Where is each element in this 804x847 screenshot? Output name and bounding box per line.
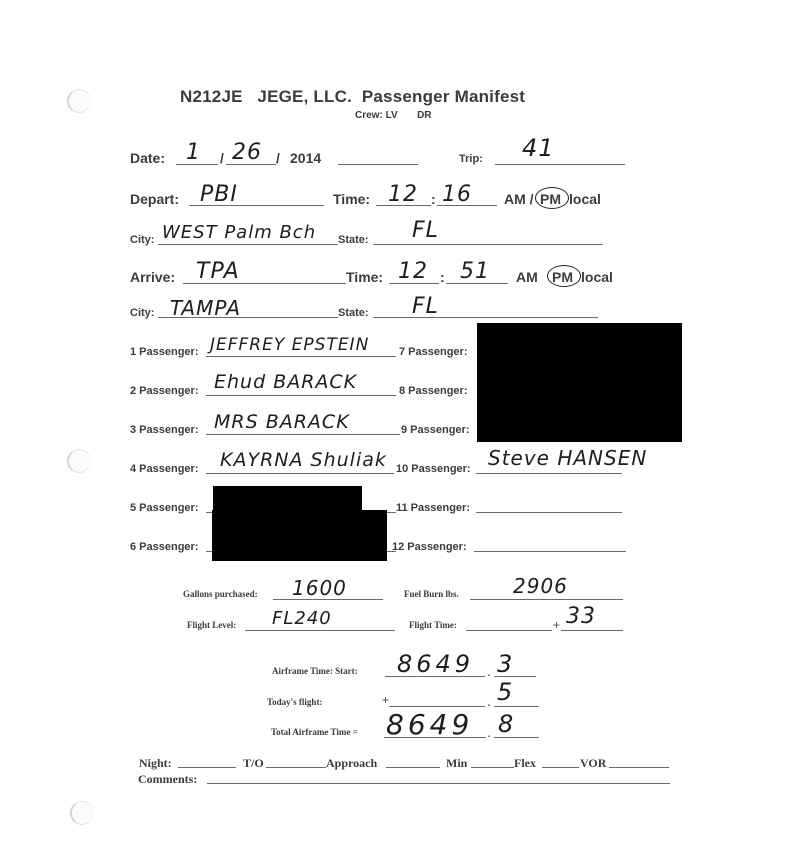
binder-hole-top — [67, 89, 91, 113]
arrive-city-label: City: — [130, 307, 154, 319]
gallons-field[interactable]: 1600 — [292, 576, 347, 600]
fuel-burn-label: Fuel Burn lbs. — [404, 589, 459, 599]
arrive-am-option[interactable]: AM — [516, 269, 538, 285]
company-name: JEGE, LLC. — [257, 87, 352, 106]
decimal-point: . — [487, 724, 491, 740]
depart-label: Depart: — [130, 191, 179, 207]
arrive-hour-field[interactable]: 12 — [398, 259, 428, 284]
pm-selected-circle — [535, 187, 569, 209]
arrive-state-field[interactable]: FL — [412, 294, 439, 319]
crew-member-1: LV — [386, 110, 398, 121]
passenger-2-field[interactable]: Ehud BARACK — [214, 371, 357, 393]
plus-sign: + — [382, 693, 389, 707]
depart-city-label: City: — [130, 234, 154, 246]
vor-label: VOR — [580, 756, 606, 771]
comments-field[interactable] — [210, 770, 666, 783]
passenger-12-label: 12 Passenger: — [392, 541, 467, 553]
binder-hole-middle — [67, 449, 91, 473]
night-label: Night: — [139, 756, 172, 771]
approach-label: Approach — [326, 756, 377, 771]
passenger-1-label: 1 Passenger: — [130, 346, 198, 358]
passenger-4-field[interactable]: KAYRNA Shuliak — [220, 449, 387, 471]
time-colon: : — [440, 269, 445, 285]
plus-sign: + — [553, 618, 560, 632]
min-label: Min — [446, 756, 467, 771]
passenger-10-field[interactable]: Steve HANSEN — [488, 446, 647, 470]
comments-label: Comments: — [138, 772, 197, 787]
pm-selected-circle — [547, 265, 581, 287]
depart-city-field[interactable]: WEST Palm Bch — [162, 222, 316, 243]
depart-am-option[interactable]: AM / — [504, 191, 534, 207]
time-colon: : — [431, 191, 436, 207]
takeoff-label: T/O — [243, 756, 264, 771]
total-airframe-label: Total Airframe Time = — [271, 727, 358, 737]
trip-label: Trip: — [459, 153, 483, 165]
decimal-point: . — [487, 693, 491, 709]
arrive-time-label: Time: — [346, 269, 383, 285]
airframe-start-tenth-field[interactable]: 3 — [497, 650, 513, 678]
passenger-10-label: 10 Passenger: — [396, 463, 471, 475]
passenger-7-label: 7 Passenger: — [399, 346, 467, 358]
crew-member-2: DR — [417, 110, 431, 121]
form-title: Passenger Manifest — [362, 87, 525, 106]
redaction-box-passenger-5 — [213, 486, 362, 512]
date-separator: / — [276, 150, 280, 166]
passenger-3-field[interactable]: MRS BARACK — [214, 411, 350, 433]
flight-time-label: Flight Time: — [409, 620, 457, 630]
passenger-5-label: 5 Passenger: — [130, 502, 198, 514]
passenger-2-label: 2 Passenger: — [130, 385, 198, 397]
depart-airport-field[interactable]: PBI — [200, 182, 238, 207]
passenger-9-label: 9 Passenger: — [401, 424, 469, 436]
trip-field[interactable]: 41 — [522, 134, 555, 162]
flight-level-label: Flight Level: — [187, 620, 236, 630]
crew-label: Crew: — [355, 110, 383, 121]
total-airframe-tenth-field[interactable]: 8 — [498, 710, 514, 738]
fuel-burn-field[interactable]: 2906 — [513, 574, 568, 598]
redaction-box-passenger-6 — [212, 510, 387, 561]
todays-flight-label: Today's flight: — [267, 697, 322, 707]
depart-state-field[interactable]: FL — [412, 218, 439, 243]
decimal-point: . — [487, 663, 491, 679]
arrive-airport-field[interactable]: TPA — [196, 259, 240, 284]
gallons-label: Gallons purchased: — [183, 589, 258, 599]
todays-flight-whole-field[interactable] — [392, 690, 482, 706]
passenger-6-label: 6 Passenger: — [130, 541, 198, 553]
depart-state-label: State: — [338, 234, 369, 246]
depart-hour-field[interactable]: 12 — [388, 182, 418, 207]
todays-flight-tenth-field[interactable]: 5 — [497, 678, 513, 706]
airframe-start-field[interactable]: 8649 — [397, 650, 474, 678]
arrive-local-label: local — [581, 269, 613, 285]
date-separator: / — [220, 150, 224, 166]
form-header: N212JE JEGE, LLC. Passenger Manifest — [180, 87, 525, 107]
depart-local-label: local — [569, 191, 601, 207]
redaction-box-passengers-7-9 — [477, 323, 682, 442]
depart-minute-field[interactable]: 16 — [442, 182, 472, 207]
arrive-city-field[interactable]: TAMPA — [170, 296, 241, 320]
total-airframe-field[interactable]: 8649 — [386, 708, 473, 741]
passenger-12-field[interactable] — [478, 537, 618, 551]
date-day-field[interactable]: 26 — [232, 140, 262, 165]
passenger-4-label: 4 Passenger: — [130, 463, 198, 475]
passenger-8-label: 8 Passenger: — [399, 385, 467, 397]
tail-number: N212JE — [180, 87, 243, 106]
passenger-11-label: 11 Passenger: — [396, 502, 470, 514]
airframe-start-label: Airframe Time: Start: — [272, 666, 358, 676]
arrive-state-label: State: — [338, 307, 369, 319]
passenger-1-field[interactable]: JEFFREY EPSTEIN — [210, 335, 369, 355]
passenger-3-label: 3 Passenger: — [130, 424, 198, 436]
flight-level-field[interactable]: FL240 — [272, 608, 332, 629]
date-year: 2014 — [290, 150, 321, 166]
passenger-11-field[interactable] — [478, 498, 618, 512]
flex-label: Flex — [514, 756, 536, 771]
date-label: Date: — [130, 150, 165, 166]
flight-time-field[interactable]: 33 — [566, 604, 596, 629]
arrive-label: Arrive: — [130, 269, 175, 285]
depart-time-label: Time: — [333, 191, 370, 207]
date-month-field[interactable]: 1 — [186, 140, 201, 165]
arrive-minute-field[interactable]: 51 — [460, 259, 490, 284]
binder-hole-bottom — [70, 801, 94, 825]
crew-line: Crew: LV DR — [355, 110, 432, 121]
